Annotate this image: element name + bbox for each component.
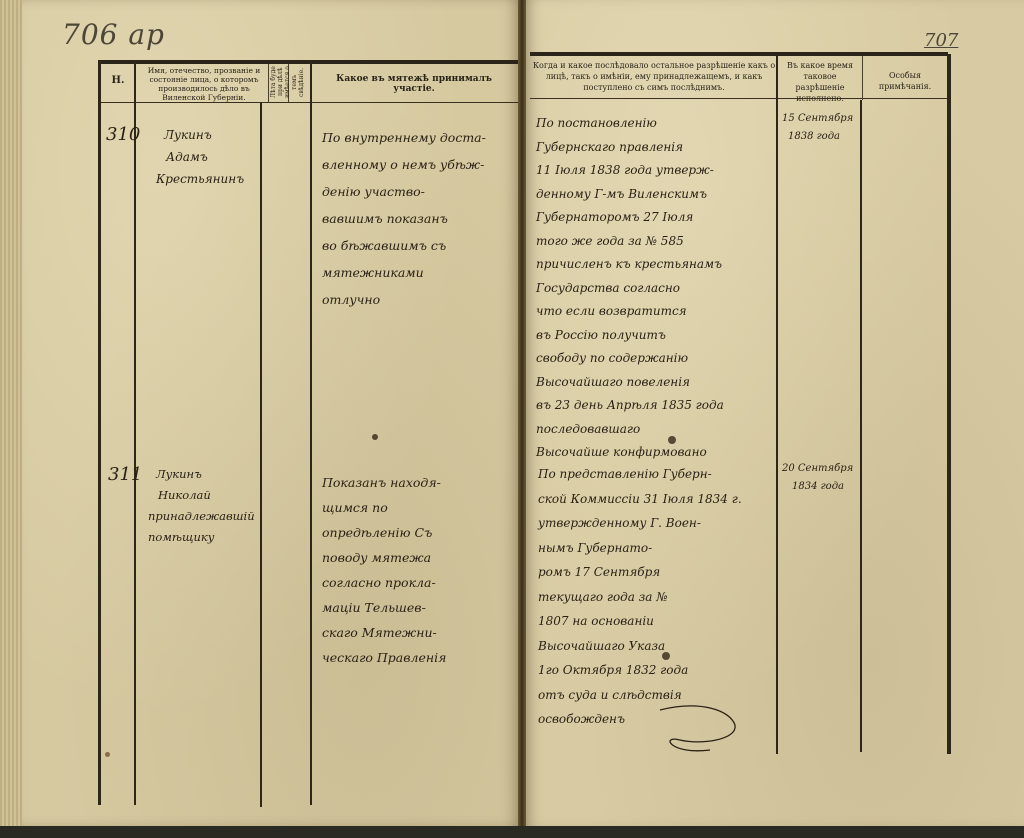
column-divider xyxy=(860,100,862,752)
column-divider xyxy=(268,64,269,102)
entry-participation: Показанъ находя- щимся по опредѣленію Съ… xyxy=(322,470,446,670)
paper-stain xyxy=(372,434,378,440)
header-top-rule xyxy=(100,60,518,64)
column-divider xyxy=(310,60,312,805)
header-number: Н. xyxy=(102,76,134,86)
paper-stain xyxy=(668,436,676,444)
header-executed: Въ какое время таковое разрѣшеніе исполн… xyxy=(780,60,860,104)
column-divider xyxy=(134,60,136,805)
header-resolution: Когда и какое послѣдовало остальное разр… xyxy=(532,60,776,93)
entry-name: Лукинъ Николай принадлежавшій помѣщику xyxy=(148,464,255,548)
entry-executed-date: 15 Сентября 1838 года xyxy=(782,110,853,146)
page-number: 707 xyxy=(924,30,958,51)
entry-resolution: По постановленію Губернскаго правленія 1… xyxy=(536,112,724,465)
header-bottom-rule xyxy=(530,98,948,99)
header-age: Лѣта буде при дѣлѣ имѣется о темъ свѣдѣн… xyxy=(270,63,308,101)
entry-executed-date: 20 Сентября 1834 года xyxy=(782,460,853,496)
paper-stain xyxy=(662,652,670,660)
right-border-line xyxy=(947,54,951,754)
paper-stain xyxy=(105,752,110,757)
entry-number: 310 xyxy=(106,124,140,145)
column-divider xyxy=(776,54,778,754)
archive-mark: 706 ар xyxy=(62,18,165,51)
left-border-line xyxy=(98,60,101,805)
page-edge-stack xyxy=(0,0,22,826)
entry-resolution: По представленію Губерн- ской Коммиссіи … xyxy=(538,462,742,732)
header-top-rule xyxy=(530,52,948,56)
entry-name: Лукинъ Адамъ Крестьянинъ xyxy=(156,124,244,190)
book-gutter xyxy=(518,0,526,838)
column-divider xyxy=(862,56,863,100)
header-notes: Особыя примѣчанія. xyxy=(864,70,946,92)
header-participation: Какое въ мятежѣ принималъ участіе. xyxy=(314,74,514,94)
entry-number: 311 xyxy=(108,464,142,485)
signature-flourish xyxy=(640,700,760,760)
header-bottom-rule xyxy=(100,102,518,103)
header-name: Имя, отечество, прозваніе и состояніе ли… xyxy=(142,66,266,102)
column-divider xyxy=(260,102,262,807)
entry-participation: По внутреннему доста- вленному о немъ уб… xyxy=(322,124,486,313)
scan-background xyxy=(0,826,1024,838)
